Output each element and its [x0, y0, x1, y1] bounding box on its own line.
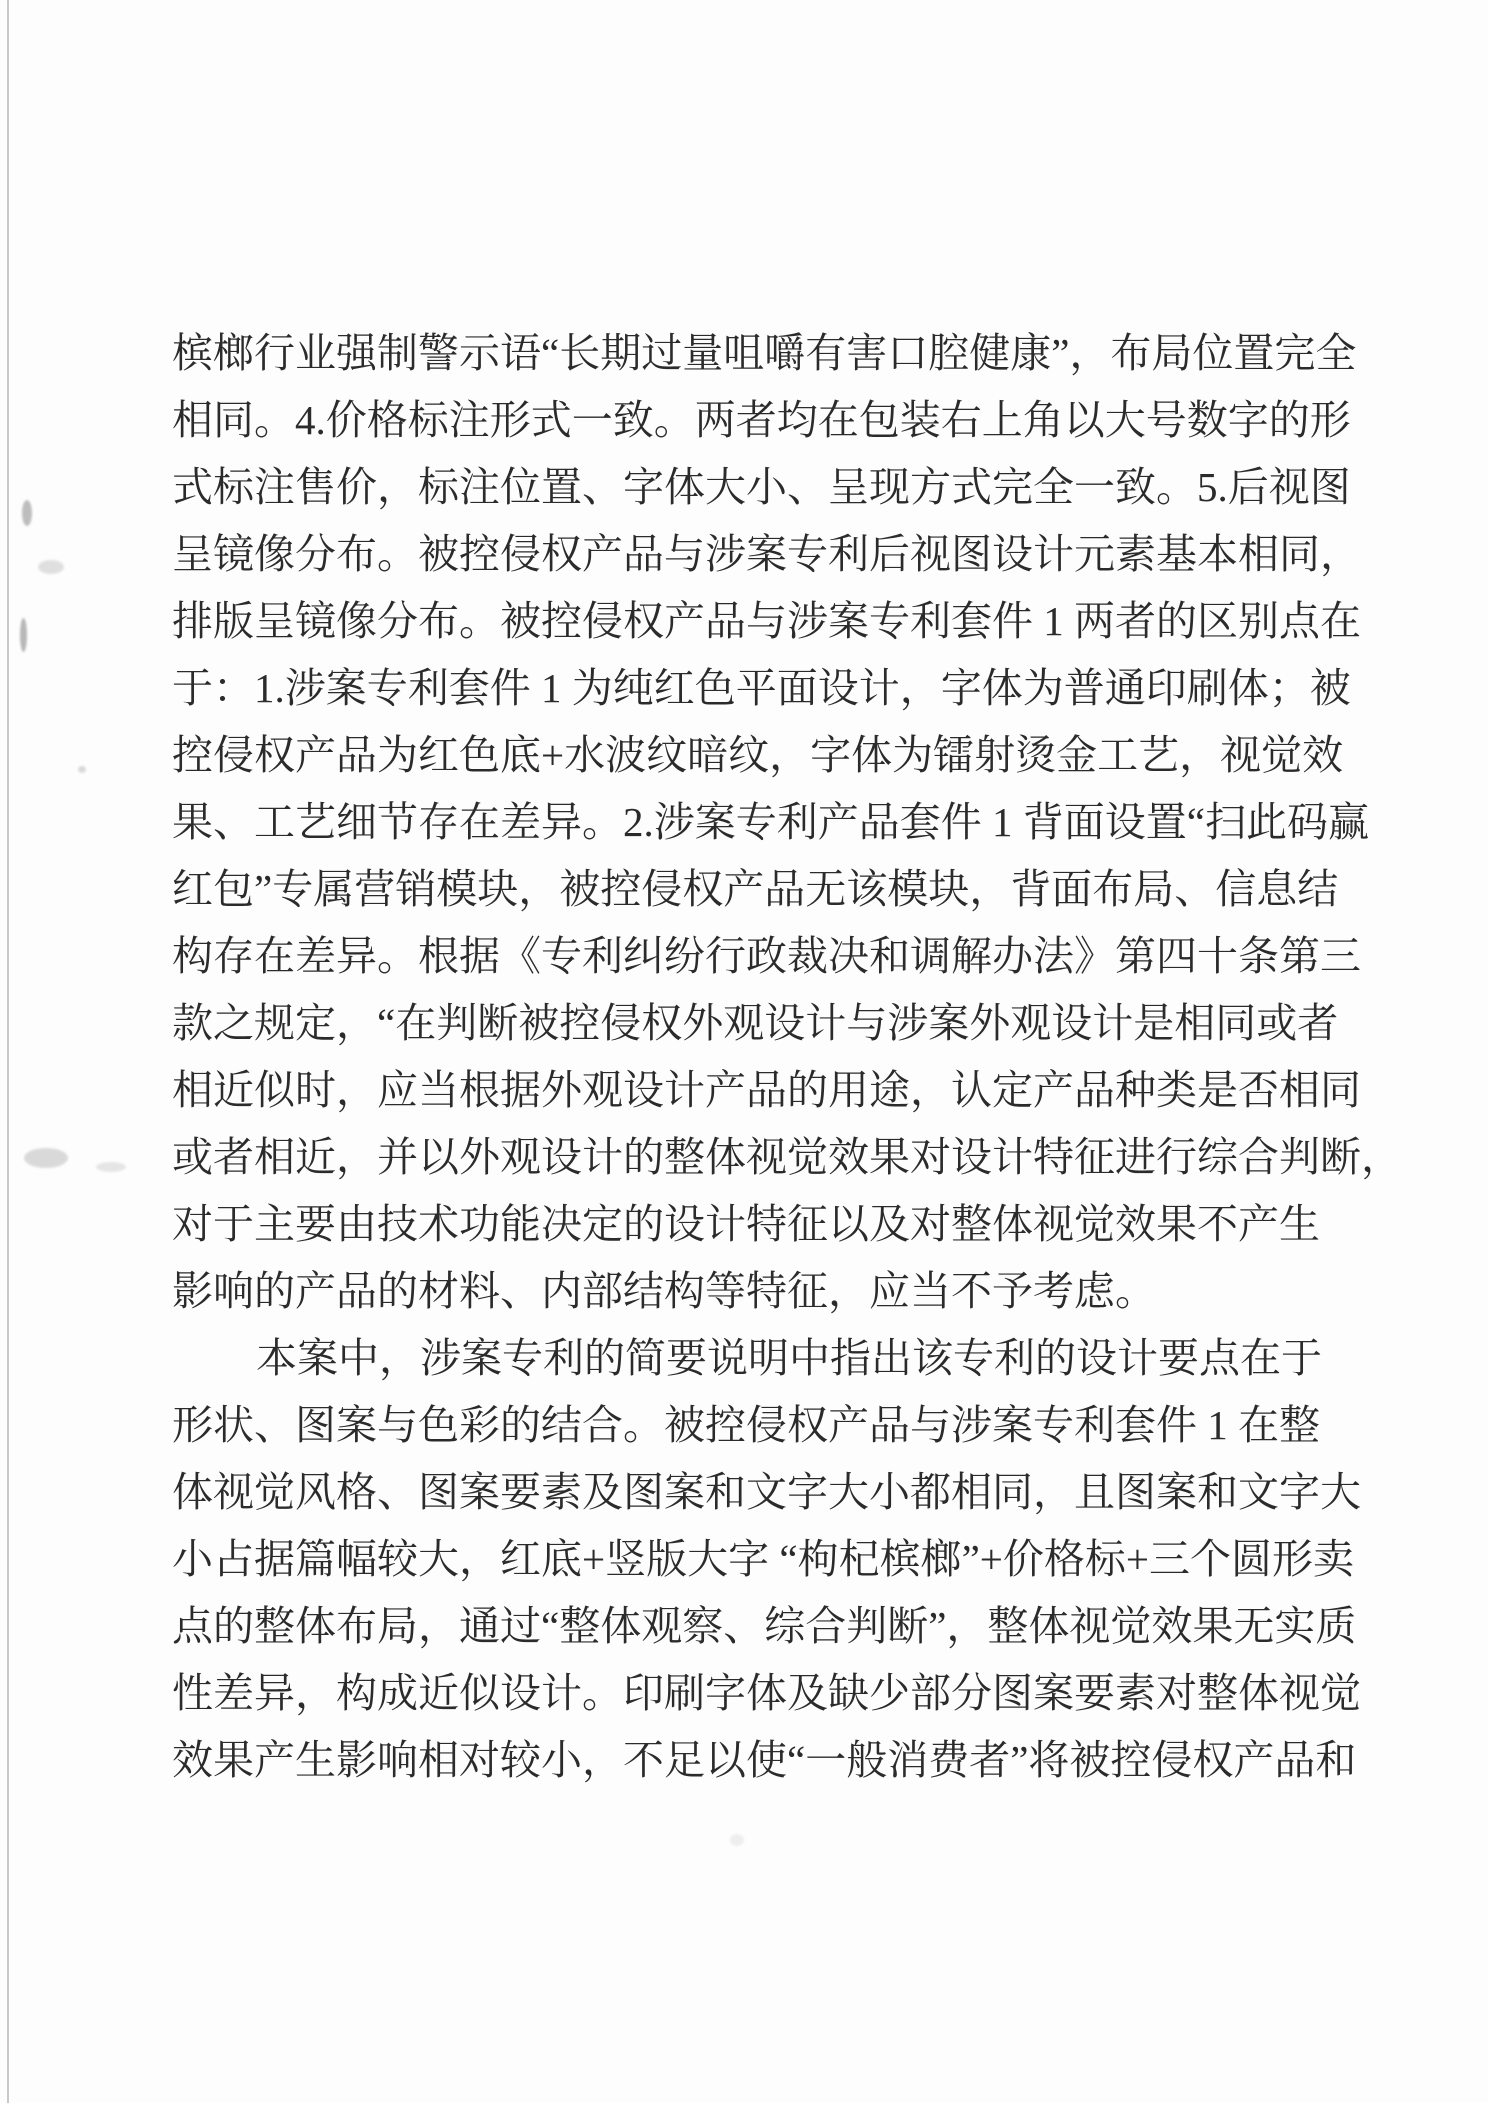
- text-line: 式标注售价，标注位置、字体大小、呈现方式完全一致。5.后视图: [172, 454, 1300, 521]
- text-line: 控侵权产品为红色底+水波纹暗纹，字体为镭射烫金工艺，视觉效: [172, 722, 1300, 789]
- scan-smudge: [22, 500, 32, 526]
- scan-smudge: [20, 618, 27, 652]
- text-line-paragraph-start: 本案中，涉案专利的简要说明中指出该专利的设计要点在于: [172, 1325, 1300, 1392]
- text-line: 或者相近，并以外观设计的整体视觉效果对设计特征进行综合判断，: [172, 1124, 1300, 1191]
- scan-smudge: [38, 560, 64, 574]
- text-line: 效果产生影响相对较小，不足以使“一般消费者”将被控侵权产品和: [172, 1727, 1300, 1794]
- text-line: 排版呈镜像分布。被控侵权产品与涉案专利套件 1 两者的区别点在: [172, 588, 1300, 655]
- scan-smudge: [96, 1162, 126, 1172]
- text-line: 小占据篇幅较大，红底+竖版大字 “枸杞槟榔”+价格标+三个圆形卖: [172, 1526, 1300, 1593]
- text-line: 构存在差异。根据《专利纠纷行政裁决和调解办法》第四十条第三: [172, 923, 1300, 990]
- scanned-document-page: 槟榔行业强制警示语“长期过量咀嚼有害口腔健康”，布局位置完全 相同。4.价格标注…: [0, 0, 1488, 2103]
- text-line: 体视觉风格、图案要素及图案和文字大小都相同，且图案和文字大: [172, 1459, 1300, 1526]
- text-line: 于：1.涉案专利套件 1 为纯红色平面设计，字体为普通印刷体；被: [172, 655, 1300, 722]
- text-line: 相同。4.价格标注形式一致。两者均在包装右上角以大号数字的形: [172, 387, 1300, 454]
- page-edge-scan-artifact: [7, 0, 9, 2103]
- text-line: 点的整体布局，通过“整体观察、综合判断”，整体视觉效果无实质: [172, 1593, 1300, 1660]
- text-line: 影响的产品的材料、内部结构等特征，应当不予考虑。: [172, 1258, 1300, 1325]
- text-line: 呈镜像分布。被控侵权产品与涉案专利后视图设计元素基本相同，: [172, 521, 1300, 588]
- scan-smudge: [78, 766, 86, 773]
- text-line: 款之规定，“在判断被控侵权外观设计与涉案外观设计是相同或者: [172, 990, 1300, 1057]
- document-body-text: 槟榔行业强制警示语“长期过量咀嚼有害口腔健康”，布局位置完全 相同。4.价格标注…: [172, 320, 1300, 1794]
- text-line: 性差异，构成近似设计。印刷字体及缺少部分图案要素对整体视觉: [172, 1660, 1300, 1727]
- text-line: 槟榔行业强制警示语“长期过量咀嚼有害口腔健康”，布局位置完全: [172, 320, 1300, 387]
- text-line: 果、工艺细节存在差异。2.涉案专利产品套件 1 背面设置“扫此码赢: [172, 789, 1300, 856]
- text-line: 红包”专属营销模块，被控侵权产品无该模块，背面布局、信息结: [172, 856, 1300, 923]
- scan-smudge: [730, 1834, 744, 1846]
- text-line: 形状、图案与色彩的结合。被控侵权产品与涉案专利套件 1 在整: [172, 1392, 1300, 1459]
- scan-smudge: [24, 1148, 68, 1168]
- text-line: 对于主要由技术功能决定的设计特征以及对整体视觉效果不产生: [172, 1191, 1300, 1258]
- text-line: 相近似时，应当根据外观设计产品的用途，认定产品种类是否相同: [172, 1057, 1300, 1124]
